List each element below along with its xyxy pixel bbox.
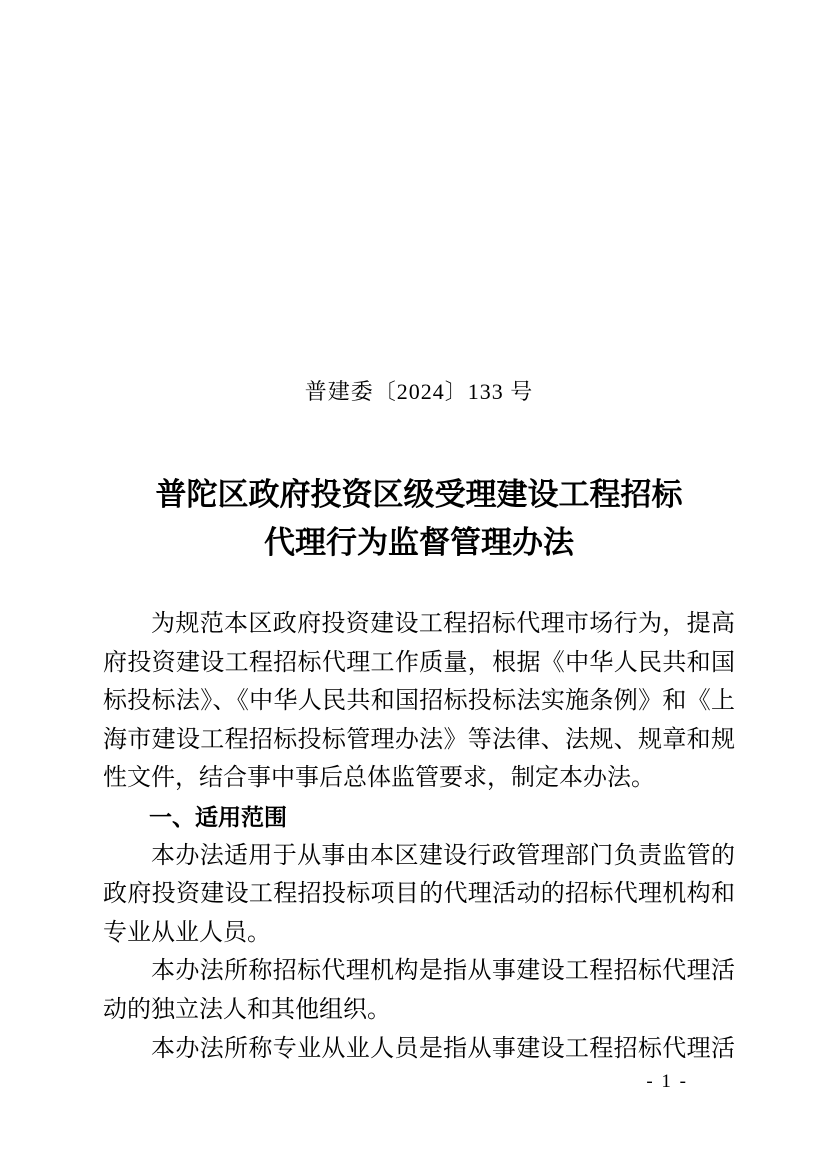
body-line: 本办法所称招标代理机构是指从事建设工程招标代理活 bbox=[103, 952, 735, 991]
section-heading-1: 一、适用范围 bbox=[103, 798, 735, 837]
document-page: 普建委〔2024〕133 号 普陀区政府投资区级受理建设工程招标 代理行为监督管… bbox=[0, 0, 826, 1169]
body-line: 性文件，结合事中事后总体监管要求，制定本办法。 bbox=[103, 759, 735, 798]
body-line: 政府投资建设工程招投标项目的代理活动的招标代理机构和 bbox=[103, 875, 735, 914]
body-line: 本办法适用于从事由本区建设行政管理部门负责监管的 bbox=[103, 837, 735, 876]
document-title: 普陀区政府投资区级受理建设工程招标 代理行为监督管理办法 bbox=[103, 471, 735, 567]
body-line: 标投标法》、《中华人民共和国招标投标法实施条例》和《上 bbox=[103, 682, 735, 721]
document-body: 为规范本区政府投资建设工程招标代理市场行为，提高政 府投资建设工程招标代理工作质… bbox=[103, 605, 735, 1068]
paragraph-agency-definition: 本办法所称招标代理机构是指从事建设工程招标代理活 动的独立法人和其他组织。 bbox=[103, 952, 735, 1029]
paragraph-scope: 本办法适用于从事由本区建设行政管理部门负责监管的 政府投资建设工程招投标项目的代… bbox=[103, 837, 735, 953]
body-line: 为规范本区政府投资建设工程招标代理市场行为，提高政 bbox=[103, 605, 735, 644]
body-line: 府投资建设工程招标代理工作质量，根据《中华人民共和国招 bbox=[103, 644, 735, 683]
doc-number: 普建委〔2024〕133 号 bbox=[103, 378, 735, 406]
body-line: 动的独立法人和其他组织。 bbox=[103, 991, 735, 1030]
title-line-2: 代理行为监督管理办法 bbox=[103, 519, 735, 567]
body-line: 专业从业人员。 bbox=[103, 914, 735, 953]
page-number: - 1 - bbox=[646, 1070, 688, 1094]
title-line-1: 普陀区政府投资区级受理建设工程招标 bbox=[103, 471, 735, 519]
paragraph-intro: 为规范本区政府投资建设工程招标代理市场行为，提高政 府投资建设工程招标代理工作质… bbox=[103, 605, 735, 798]
body-line: 本办法所称专业从业人员是指从事建设工程招标代理活 bbox=[103, 1030, 735, 1069]
body-line: 海市建设工程招标投标管理办法》等法律、法规、规章和规范 bbox=[103, 721, 735, 760]
paragraph-personnel-definition: 本办法所称专业从业人员是指从事建设工程招标代理活 bbox=[103, 1030, 735, 1069]
